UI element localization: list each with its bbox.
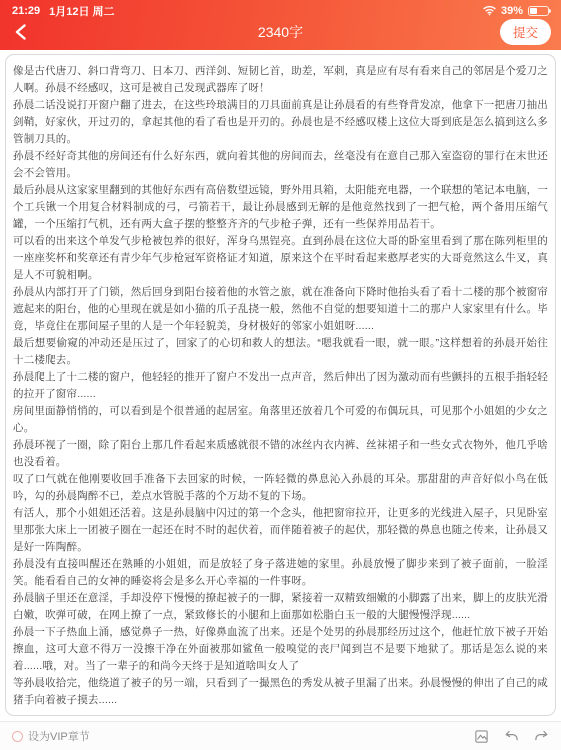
battery-icon <box>528 6 549 16</box>
battery-percent: 39% <box>501 5 523 17</box>
submit-button[interactable]: 提交 <box>500 19 551 45</box>
paragraph: 有活人，那个小姐姐还活着。这是孙晨脑中闪过的第一个念头，他把窗帘拉开，让更多的光… <box>13 505 548 556</box>
status-time: 21:29 <box>12 5 40 17</box>
vip-chapter-toggle[interactable]: 设为VIP章节 <box>12 728 90 744</box>
status-left: 21:29 1月12日 周二 <box>12 3 115 19</box>
paragraph: 孙晨从内部打开了门锁，然后回身到阳台接着他的水管之旅，就在准备向下降时他抬头看了… <box>13 284 548 335</box>
radio-circle-icon <box>12 731 23 742</box>
status-bar: 21:29 1月12日 周二 39% <box>0 0 561 19</box>
editor-card-wrap: 像是古代唐刀、斜口背弯刀、日本刀、西洋剑、短韧匕首，助差，军刺，真是应有尽有看来… <box>0 50 561 721</box>
insert-image-icon <box>474 729 489 744</box>
paragraph: 孙晨一下子热血上涌，感觉鼻子一热，好像鼻血流了出来。还是个处男的孙晨那经历过这个… <box>13 624 548 675</box>
status-date: 1月12日 周二 <box>49 3 114 19</box>
wifi-icon <box>483 5 496 16</box>
paragraph: 最后孙晨从这家家里翻到的其他好东西有高倍数望远镜，野外用具箱，太阳能充电器，一个… <box>13 182 548 233</box>
paragraph: 像是古代唐刀、斜口背弯刀、日本刀、西洋剑、短韧匕首，助差，军刺，真是应有尽有看来… <box>13 63 548 97</box>
chapter-text-editor[interactable]: 像是古代唐刀、斜口背弯刀、日本刀、西洋剑、短韧匕首，助差，军刺，真是应有尽有看来… <box>5 54 556 716</box>
status-right: 39% <box>483 5 549 17</box>
insert-image-button[interactable] <box>474 729 489 744</box>
paragraph: 孙晨脑子里还在意淫，手却没停下慢慢的撩起被子的一脚，紧接着一双精致细嫩的小脚露了… <box>13 590 548 624</box>
nav-bar: 2340字 提交 <box>0 19 561 50</box>
chapter-editor-app: 21:29 1月12日 周二 39% <box>0 0 561 750</box>
paragraph: 可以看的出来这个单发气步枪被包养的很好，浑身乌黑锃亮。直到孙晨在这位大哥的卧室里… <box>13 233 548 284</box>
paragraph: 房间里面静悄悄的，可以看到是个很普通的起居室。角落里还放着几个可爱的布偶玩具，可… <box>13 403 548 437</box>
paragraph: 孙晨环视了一圈，除了阳台上那几件看起来质感就很不错的冰丝内衣内裤、丝袜裙子和一些… <box>13 437 548 471</box>
bottom-toolbar: 设为VIP章节 <box>0 721 561 750</box>
word-count: 2340字 <box>0 22 561 42</box>
paragraph: 孙晨不经好奇其他的房间还有什么好东西，就向着其他的房间而去，丝毫没有在意自己那入… <box>13 148 548 182</box>
back-button[interactable] <box>10 22 31 42</box>
header: 21:29 1月12日 周二 39% <box>0 0 561 50</box>
chevron-left-icon <box>14 24 27 40</box>
paragraph: 孙晨二话没说打开窗户翻了进去，在这些玲琅满目的刀具面前真是让孙晨看的有些脊背发凉… <box>13 97 548 148</box>
paragraph: 叹了口气就在他刚要收回手准备下去回家的时候，一阵轻微的鼻息沁入孙晨的耳朵。那甜甜… <box>13 471 548 505</box>
paragraph: 最后想要偷窥的冲动还是压过了，回家了的心切和救人的想法。“嗯我就看一眼，就一眼。… <box>13 335 548 369</box>
editor-tools <box>474 729 549 744</box>
vip-chapter-label: 设为VIP章节 <box>28 728 90 744</box>
redo-button[interactable] <box>534 729 549 744</box>
undo-button[interactable] <box>504 729 519 744</box>
paragraph: 孙晨没有直接叫醒还在熟睡的小姐姐，而是放轻了身子落进她的家里。孙晨放慢了脚步来到… <box>13 556 548 590</box>
undo-icon <box>504 729 519 744</box>
chapter-text: 像是古代唐刀、斜口背弯刀、日本刀、西洋剑、短韧匕首，助差，军刺，真是应有尽有看来… <box>13 63 548 709</box>
paragraph: 等孙晨收拾完，他绕道了被子的另一端，只看到了一撮黑色的秀发从被子里漏了出来。孙晨… <box>13 675 548 709</box>
paragraph: 孙晨爬上了十二楼的窗户，他轻轻的推开了窗户不发出一点声音，然后伸出了因为激动而有… <box>13 369 548 403</box>
redo-icon <box>534 729 549 744</box>
